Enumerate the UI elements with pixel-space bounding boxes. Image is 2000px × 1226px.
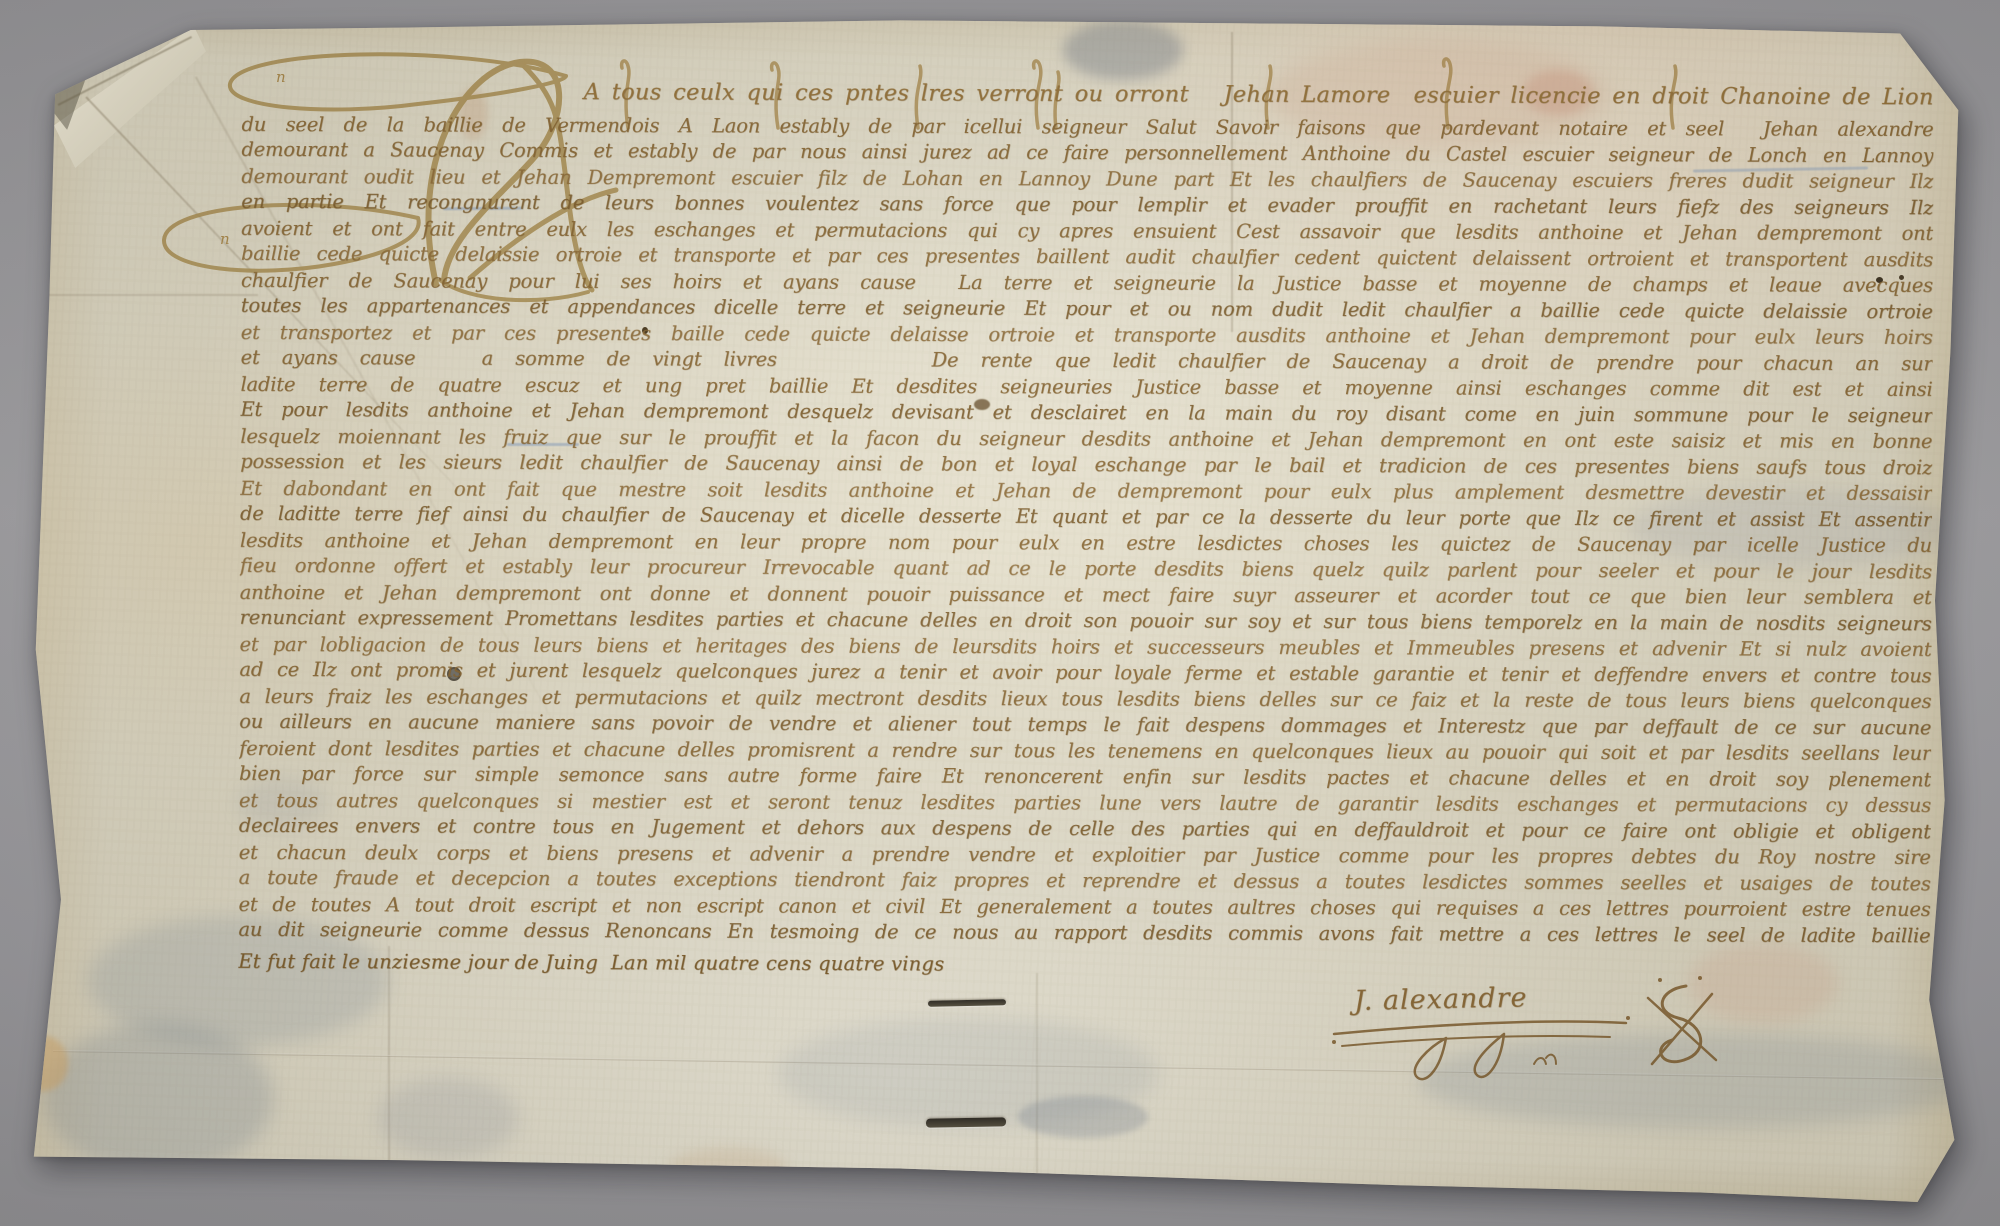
gray-smudge: [378, 1078, 518, 1158]
gray-smudge: [778, 1018, 1158, 1128]
crease-vertical-bottom-center: [1036, 973, 1038, 1203]
gray-speckles: [1018, 1096, 1148, 1138]
photo-background: n n A tous ceulx qui ces pntes lres verr…: [0, 0, 2000, 1226]
seal-slit-upper: [928, 999, 1006, 1007]
manuscript-lines: du seel de la baillie de Vermendois A La…: [238, 111, 1933, 949]
signature-block: J. alexandre: [1328, 968, 1768, 1118]
gray-smudge: [43, 1023, 273, 1173]
crease-vertical-bottom-left: [388, 946, 390, 1198]
manuscript-text: A tous ceulx qui ces pntes lres verront …: [238, 71, 1933, 981]
parchment-charter: n n A tous ceulx qui ces pntes lres verr…: [28, 18, 1966, 1214]
warm-stain: [668, 1148, 788, 1188]
seal-slit-lower: [926, 1117, 1006, 1127]
notary-paraph-icon: [1628, 968, 1748, 1088]
marginal-letter: n: [220, 230, 230, 248]
yellow-edge-stain: [20, 1036, 68, 1091]
parchment-wrapper: n n A tous ceulx qui ces pntes lres verr…: [0, 0, 2000, 1226]
date-line: Et fut fait le unziesme jour de Juing La…: [238, 949, 1018, 978]
manuscript-line: au dit seigneurie comme dessus Renoncans…: [238, 917, 1930, 949]
manuscript-opening-line: A tous ceulx qui ces pntes lres verront …: [242, 71, 1934, 117]
